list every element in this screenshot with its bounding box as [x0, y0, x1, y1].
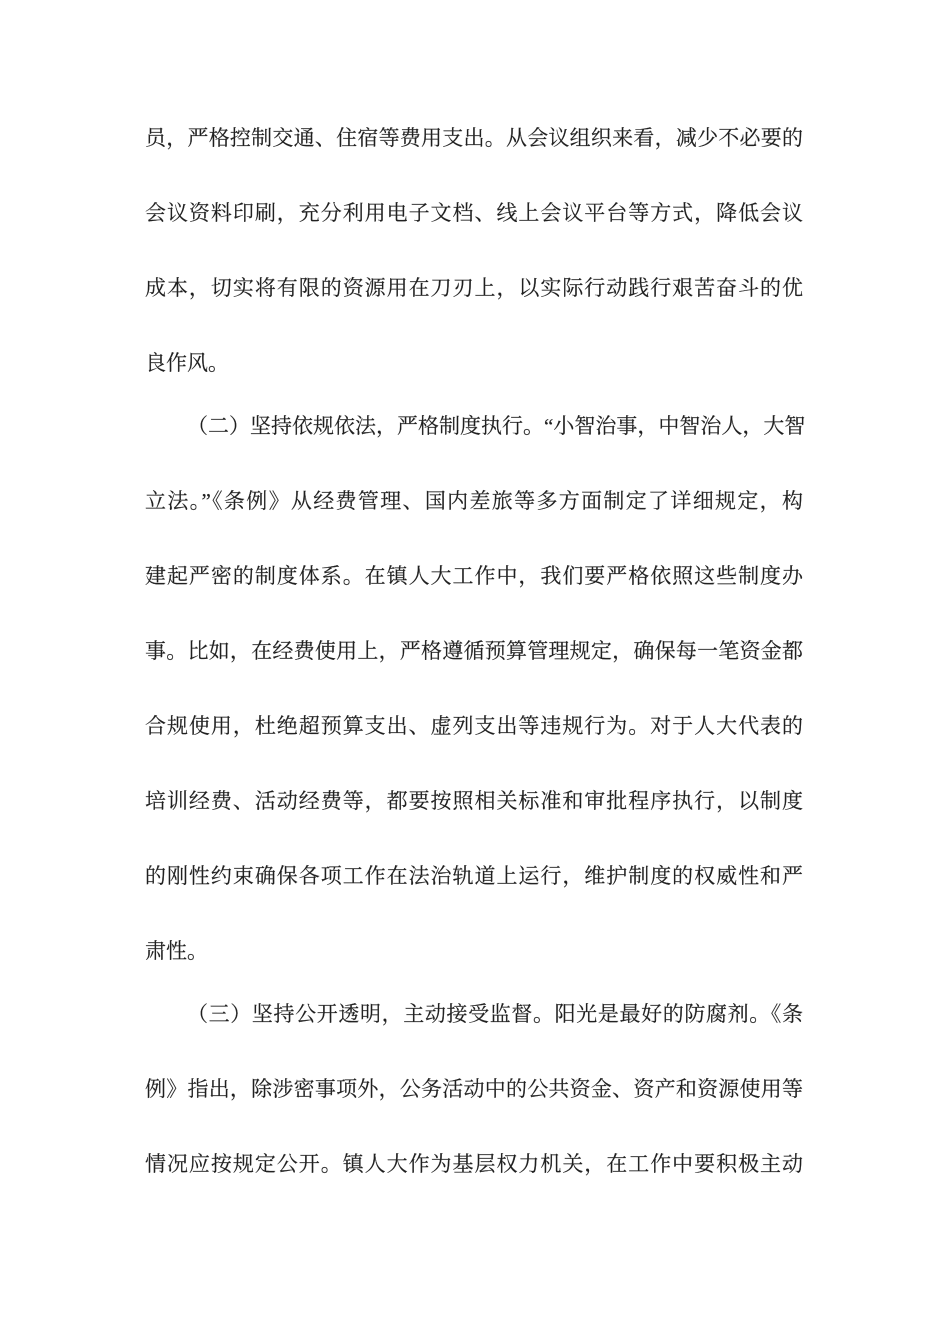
text-line: 合规使用，杜绝超预算支出、虚列支出等违规行为。对于人大代表的	[145, 689, 803, 764]
text-line: 会议资料印刷，充分利用电子文档、线上会议平台等方式，降低会议	[145, 176, 803, 251]
text-line: 培训经费、活动经费等，都要按照相关标准和审批程序执行，以制度	[145, 764, 803, 839]
text-line: （二）坚持依规依法，严格制度执行。“小智治事，中智治人，大智	[145, 389, 803, 464]
text-line: 建起严密的制度体系。在镇人大工作中，我们要严格依照这些制度办	[145, 539, 803, 614]
text-line: 员，严格控制交通、住宿等费用支出。从会议组织来看，减少不必要的	[145, 101, 803, 176]
paragraph-3: （三）坚持公开透明，主动接受监督。阳光是最好的防腐剂。《条 例》指出，除涉密事项…	[145, 977, 803, 1202]
text-line: （三）坚持公开透明，主动接受监督。阳光是最好的防腐剂。《条	[145, 977, 803, 1052]
text-line: 情况应按规定公开。镇人大作为基层权力机关，在工作中要积极主动	[145, 1127, 803, 1202]
text-line: 立法。”《条例》从经费管理、国内差旅等多方面制定了详细规定，构	[145, 464, 803, 539]
text-line: 例》指出，除涉密事项外，公务活动中的公共资金、资产和资源使用等	[145, 1052, 803, 1127]
text-line: 事。比如，在经费使用上，严格遵循预算管理规定，确保每一笔资金都	[145, 614, 803, 689]
text-line: 成本，切实将有限的资源用在刀刃上，以实际行动践行艰苦奋斗的优	[145, 251, 803, 326]
document-text-area: 员，严格控制交通、住宿等费用支出。从会议组织来看，减少不必要的 会议资料印刷，充…	[145, 101, 803, 1202]
paragraph-1: 员，严格控制交通、住宿等费用支出。从会议组织来看，减少不必要的 会议资料印刷，充…	[145, 101, 803, 401]
paragraph-2: （二）坚持依规依法，严格制度执行。“小智治事，中智治人，大智 立法。”《条例》从…	[145, 389, 803, 989]
document-page: 员，严格控制交通、住宿等费用支出。从会议组织来看，减少不必要的 会议资料印刷，充…	[0, 0, 950, 1344]
text-line: 的刚性约束确保各项工作在法治轨道上运行，维护制度的权威性和严	[145, 839, 803, 914]
